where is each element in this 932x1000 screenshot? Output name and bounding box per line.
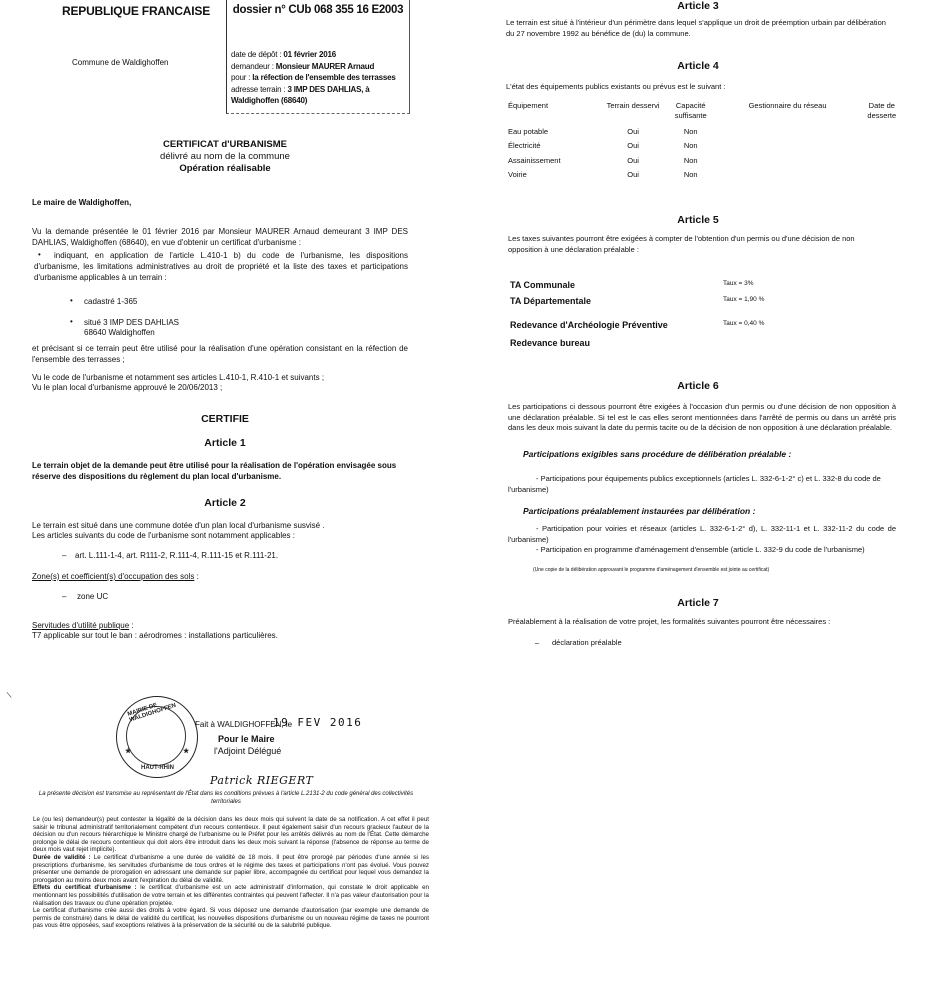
- dossier-box: dossier n° CUb 068 355 16 E2003 date de …: [226, 0, 410, 114]
- date-stamp: 19 FEV 2016: [273, 716, 362, 729]
- applicable-articles: art. L.111-1-4, art. R111-2, R.111-4, R.…: [75, 550, 278, 561]
- dash-icon: –: [535, 638, 539, 649]
- cell: Oui: [604, 124, 662, 139]
- article-6-heading: Article 6: [478, 380, 918, 392]
- dossier-details: date de dépôt : 01 février 2016 demandeu…: [231, 49, 396, 107]
- zone-label: Zone(s) et coefficient(s) d'occupation d…: [32, 572, 194, 581]
- tax-rate: Taux = 1,90 %: [723, 296, 764, 303]
- notice-effets: Effets du certificat d'urbanisme : le ce…: [33, 884, 429, 907]
- pour-le-maire: Pour le Maire: [218, 734, 275, 744]
- cell: Eau potable: [508, 124, 604, 139]
- precisant-text: et précisant si ce terrain peut être uti…: [32, 343, 408, 365]
- cell: [856, 153, 908, 168]
- certifie-heading: CERTIFIE: [0, 413, 450, 425]
- stamp-bottom-text: HAUT-RHIN: [141, 765, 174, 771]
- col-date-desserte: Date de desserte: [856, 101, 908, 124]
- dash-icon: –: [62, 591, 66, 602]
- validite-text: Le certificat d'urbanisme a une durée de…: [33, 854, 429, 884]
- article-5-heading: Article 5: [478, 214, 918, 226]
- cell: [719, 139, 855, 154]
- article-5-intro: Les taxes suivantes pourront être exigée…: [508, 234, 888, 255]
- tax-rate: Taux = 3%: [723, 280, 754, 287]
- cell: Oui: [604, 139, 662, 154]
- cadastre: cadastré 1-365: [84, 296, 137, 307]
- commune-name: Commune de Waldighoffen: [72, 58, 169, 67]
- adresse-label: adresse terrain :: [231, 85, 287, 94]
- servitudes-label-suffix: :: [129, 621, 133, 630]
- title-line-2: délivré au nom de la commune: [0, 151, 450, 163]
- equipment-table: Équipement Terrain desservi Capacité suf…: [508, 101, 908, 182]
- col-terrain-desservi: Terrain desservi: [604, 101, 662, 124]
- article-4-intro: L'état des équipements publics existants…: [506, 82, 725, 93]
- cell: Voirie: [508, 168, 604, 183]
- depot-label: date de dépôt :: [231, 50, 283, 59]
- zone-label-line: Zone(s) et coefficient(s) d'occupation d…: [32, 571, 199, 582]
- tax-name: Redevance bureau: [510, 338, 590, 348]
- legal-notice: Le (ou les) demandeur(s) peut contester …: [33, 816, 429, 930]
- cell: Assainissement: [508, 153, 604, 168]
- servitudes-value: T7 applicable sur tout le ban : aérodrom…: [32, 630, 278, 641]
- declaration-prealable: déclaration préalable: [552, 638, 622, 649]
- article-1-text: Le terrain objet de la demande peut être…: [32, 460, 412, 482]
- cell: Non: [662, 168, 720, 183]
- pour-value: la réfection de l'ensemble des terrasses: [252, 73, 395, 82]
- zone-label-suffix: :: [194, 572, 198, 581]
- validite-label: Durée de validité :: [33, 854, 91, 861]
- dossier-number: dossier n° CUb 068 355 16 E2003: [227, 4, 409, 16]
- article-7-heading: Article 7: [478, 597, 918, 609]
- scan-mark: /: [4, 691, 14, 699]
- table-row: VoirieOuiNon: [508, 168, 908, 183]
- article-4-heading: Article 4: [478, 60, 918, 72]
- vu-demande: Vu la demande présentée le 01 février 20…: [32, 226, 408, 248]
- tax-name: TA Communale: [510, 280, 575, 290]
- table-row: Eau potableOuiNon: [508, 124, 908, 139]
- participations-deliberation: Participations préalablement instaurées …: [523, 506, 755, 516]
- tax-rate: Taux = 0,40 %: [723, 320, 764, 327]
- deliberation-note: (Une copie de la délibération approuvant…: [533, 567, 769, 573]
- table-row: AssainissementOuiNon: [508, 153, 908, 168]
- article-7-intro: Préalablement à la réalisation de votre …: [508, 617, 830, 628]
- participations-sans-deliberation: Participations exigibles sans procédure …: [523, 449, 791, 459]
- tax-name: TA Départementale: [510, 296, 591, 306]
- article-1-heading: Article 1: [0, 437, 450, 449]
- mairie-stamp: MAIRIE DE WALDIGHOFFEN HAUT-RHIN ★ ★: [116, 696, 198, 778]
- table-row: ÉlectricitéOuiNon: [508, 139, 908, 154]
- dash-icon: –: [62, 550, 66, 561]
- page-right: Article 3 Le terrain est situé à l'intér…: [478, 0, 932, 1000]
- bullet-icon: •: [70, 296, 73, 305]
- title-line-1: CERTIFICAT d'URBANISME: [0, 139, 450, 151]
- signature: Patrick RIEGERT: [210, 774, 313, 787]
- notice-recours: Le (ou les) demandeur(s) peut contester …: [33, 816, 429, 854]
- cell: [856, 168, 908, 183]
- col-equipement: Équipement: [508, 101, 604, 124]
- participation-equipements: - Participations pour équipements public…: [508, 474, 896, 495]
- effets-label: Effets du certificat d'urbanisme :: [33, 884, 137, 891]
- notice-droits: Le certificat d'urbanisme crée aussi des…: [33, 907, 429, 930]
- vu-plu: Vu le plan local d'urbanisme approuvé le…: [32, 382, 222, 393]
- indiquant-text: indiquant, en application de l'article L…: [34, 250, 408, 283]
- transmission-note: La présente décision est transmise au re…: [32, 790, 420, 806]
- cell: Électricité: [508, 139, 604, 154]
- cell: Oui: [604, 168, 662, 183]
- depot-value: 01 février 2016: [283, 50, 336, 59]
- col-gestionnaire: Gestionnaire du réseau: [719, 101, 855, 124]
- cell: [856, 124, 908, 139]
- situe-line-2: 68640 Waldighoffen: [84, 327, 155, 338]
- star-icon: ★: [125, 747, 131, 755]
- table-header-row: Équipement Terrain desservi Capacité suf…: [508, 101, 908, 124]
- article-2-line-2: Les articles suivants du code de l'urban…: [32, 530, 295, 541]
- cell: [719, 153, 855, 168]
- article-3-heading: Article 3: [478, 0, 918, 12]
- cell: Non: [662, 139, 720, 154]
- title-line-3: Opération réalisable: [0, 163, 450, 175]
- certificate-title: CERTIFICAT d'URBANISME délivré au nom de…: [0, 139, 450, 175]
- cell: Non: [662, 153, 720, 168]
- participation-voiries: - Participation pour voiries et réseaux …: [508, 524, 896, 545]
- participation-programme: - Participation en programme d'aménageme…: [508, 545, 896, 556]
- demandeur-value: Monsieur MAURER Arnaud: [276, 62, 374, 71]
- bullet-icon: •: [70, 317, 73, 326]
- adjoint-delegue: l'Adjoint Délégué: [214, 746, 281, 756]
- article-2-heading: Article 2: [0, 497, 450, 509]
- article-3-text: Le terrain est situé à l'intérieur d'un …: [506, 18, 886, 39]
- adresse-value: 3 IMP DES DAHLIAS, à: [287, 85, 369, 94]
- page-left: REPUBLIQUE FRANCAISE Commune de Waldigho…: [0, 0, 470, 1000]
- maire-salutation: Le maire de Waldighoffen,: [32, 197, 131, 208]
- pour-label: pour :: [231, 73, 252, 82]
- adresse-value-2: Waldighoffen (68640): [231, 96, 307, 105]
- article-6-intro: Les participations ci dessous pourront ê…: [508, 402, 896, 434]
- star-icon: ★: [183, 747, 189, 755]
- cell: [719, 168, 855, 183]
- col-capacite: Capacité suffisante: [662, 101, 720, 124]
- zone-value: zone UC: [77, 591, 108, 602]
- cell: [719, 124, 855, 139]
- servitudes-label: Servitudes d'utilité publique: [32, 621, 129, 630]
- republic-heading: REPUBLIQUE FRANCAISE: [62, 4, 210, 18]
- cell: Oui: [604, 153, 662, 168]
- tax-name: Redevance d'Archéologie Préventive: [510, 320, 668, 330]
- notice-validite: Durée de validité : Le certificat d'urba…: [33, 854, 429, 884]
- cell: Non: [662, 124, 720, 139]
- cell: [856, 139, 908, 154]
- demandeur-label: demandeur :: [231, 62, 276, 71]
